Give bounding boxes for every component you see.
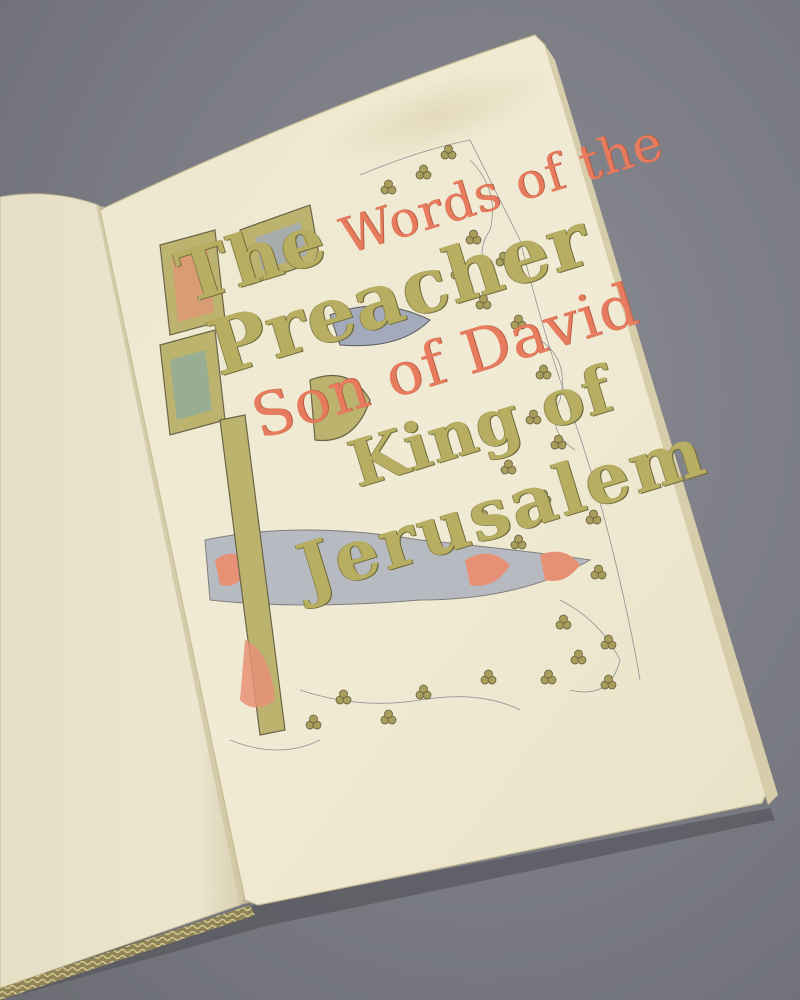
open-book: [0, 0, 800, 1000]
book-photo-scene: The Words of the Preacher Son of David K…: [0, 0, 800, 1000]
